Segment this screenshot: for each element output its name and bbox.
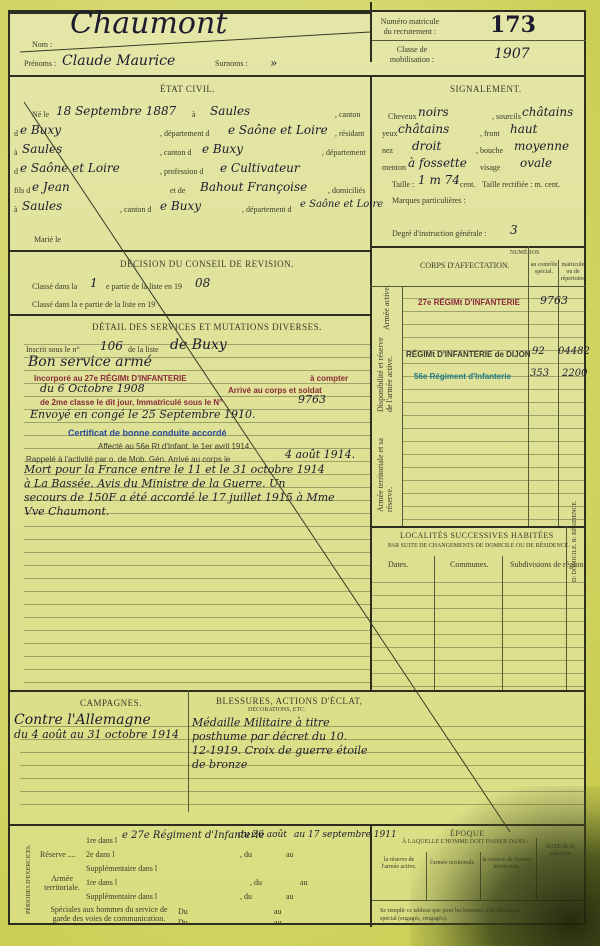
table-divider [536,838,537,900]
au-label: au [286,850,294,859]
d-label: d [14,167,18,176]
visage-value: ovale [520,156,552,170]
birth-canton: e Buxy [20,123,61,137]
services-title: DÉTAIL DES SERVICES ET MUTATIONS DIVERSE… [92,322,322,332]
blessures-title: BLESSURES, ACTIONS D'ÉCLAT, [216,696,362,706]
cheveux-label: Cheveux [388,112,416,121]
matricule-divider [372,40,586,41]
bouche-value: moyenne [514,139,569,153]
du-label: Du [178,907,188,916]
surname-value: Chaumont [70,6,227,41]
residence-canton: e Buxy [202,142,243,156]
matricule-value: 2200 [562,368,587,379]
parents-residence: Saules [22,199,62,213]
corps-header: CORPS D'AFFECTATION. [420,261,510,270]
death-note-3: secours de 150F a été accordé le 17 juil… [24,491,335,504]
death-note-2: à La Bassée. Avis du Ministre de la Guer… [24,477,285,490]
residence-departement: e Saône et Loire [20,161,120,175]
front-label: , front [480,129,500,138]
front-value: haut [510,122,537,136]
cheveux-value: noirs [418,105,449,119]
parents-canton: e Buxy [160,199,201,213]
revision-partie: 1 [90,276,98,290]
section-divider [10,250,370,252]
bon-service-note: Bon service armé [28,354,152,370]
surnoms-value: » [270,56,277,70]
du-label: Du [178,918,188,927]
epoque-col-3: la réserve de l'armée territoriale. [482,857,532,871]
taille-rectifiee-label: Taille rectifiée : m. cent. [482,180,560,189]
matricule-col-header: matricule ou de répertoire. [558,262,588,283]
a-label: à [192,110,196,119]
table-divider [480,852,481,900]
territoriale-1-label: 1re dans l [86,878,117,887]
reserve-label: Réserve .... [40,850,76,859]
sourcils-label: , sourcils [492,112,521,121]
ruled-lines [372,570,586,690]
communes-col-header: Communes. [450,560,488,569]
revision-title: DÉCISION DU CONSEIL DE REVISION. [120,259,294,269]
etat-civil-title: ÉTAT CIVIL. [160,84,215,94]
campagne-line-1: Contre l'Allemagne [14,712,151,728]
reserve-1-du: du 26 août [238,830,287,840]
ne-le-label: Né le [32,110,49,119]
corps-value: 56e Régiment d'Infanterie [414,372,511,381]
dates-col-header: Dates. [388,560,408,569]
au-label: au [274,907,282,916]
yeux-label: yeux [382,129,398,138]
canton-label: , canton d [120,205,151,214]
sourcils-value: châtains [522,105,573,119]
prenoms-label: Prénoms : [24,59,56,68]
visage-label: visage [480,163,500,172]
nez-value: droit [412,139,441,153]
residence: Saules [22,142,62,156]
numeros-header: NUMÉROS [510,250,539,256]
section-divider [370,526,586,528]
nom-label: Nom : [32,40,52,49]
menton-value: à fossette [408,156,467,170]
decoration-line-3: 12-1919. Croix de guerre étoile [192,744,368,757]
yeux-value: châtains [398,122,449,136]
reserve-1-au: au 17 septembre 1911 [294,830,397,840]
liste-value: de Buxy [170,337,227,353]
classe-label: Classe de mobilisation : [382,45,442,65]
death-note-4: Vve Chaumont. [24,505,109,518]
matricule-label: Numéro matricule du recrutement : [380,17,440,37]
taille-unit: cent. [460,180,475,189]
matricule-value: 04482 [558,346,590,357]
canton-label: , canton d [160,148,191,157]
table-divider [426,852,427,900]
classe-stamp: de 2me classe le dit jour, Immatriculé s… [40,398,222,407]
reserve-supp-label: Supplémentaire dans l [86,864,157,873]
birth-date: 18 Septembre 1887 [56,104,176,118]
instruction-label: Degré d'instruction générale : [392,229,487,238]
campagnes-title: CAMPAGNES. [80,698,142,708]
revision-year: 08 [195,276,210,290]
military-register-sheet: Chaumont Nom : Prénoms : Claude Maurice … [8,10,586,925]
taille-value: 1 m 74 [418,173,460,187]
liste-label: de la liste [128,345,159,354]
au-label: au [300,878,308,887]
du-label: , du [240,850,252,859]
fils-de-label: fils d [14,186,30,195]
inscrit-label: Inscrit sous le n° [26,345,80,354]
speciales-label: Spéciales aux hommes du service de garde… [44,905,174,923]
epoque-note: Se remplir ce tableau que pour les homme… [380,907,530,923]
du-label: , du [240,892,252,901]
marques-label: Marques particulières : [392,196,466,205]
incorporation-date: du 6 Octobre 1908 [40,382,145,395]
bouche-label: , bouche [476,146,503,155]
a-compter-stamp: à compter [310,374,348,383]
mother-name: Bahout Françoise [200,180,307,194]
epoque-title: ÉPOQUE [450,829,485,838]
column-divider [370,824,372,927]
section-divider [10,314,370,316]
epoque-col-2: l'armée territoriale. [430,860,476,867]
partie-label: e partie de la liste en 19 [106,282,182,291]
surnoms-label: Surnoms : [215,59,248,68]
epoque-col-1: la réserve de l'armée active. [376,857,422,871]
decoration-line-2: posthume par décret du 10. [192,730,347,743]
territoriale-label: Armée territoriale. [42,874,82,892]
localites-title: LOCALITÉS SUCCESSIVES HABITÉES [400,531,554,540]
departement-label: , département d [242,205,292,214]
campagne-line-2: du 4 août au 31 octobre 1914 [14,728,179,741]
header-divider [370,2,372,62]
departement-label: , département [322,148,366,157]
disponibilite-label: Disponibilité et réserve de l'armée acti… [376,332,394,412]
ruled-lines [402,286,586,526]
classe-dans-label: Classé dans la [32,282,77,291]
periodes-side-label: PÉRIODES D'EXERCICES. [26,844,32,914]
inscrit-number: 106 [100,339,123,353]
prenoms-value: Claude Maurice [62,53,175,69]
et-de-label: et de [170,186,185,195]
localites-subtitle: PAR SUITE DE CHANGEMENTS DE DOMICILE OU … [388,543,570,549]
residant-label: , résidant [335,129,364,138]
signalement-title: SIGNALEMENT. [450,84,522,94]
rappele-date: 4 août 1914. [285,448,355,461]
table-divider [372,900,586,901]
matricule-value: 9763 [540,294,568,307]
departement-label: , département d [160,129,210,138]
du-label: , du [250,878,262,887]
father-name: e Jean [32,180,70,194]
territoriale-supp-label: Supplémentaire dans l [86,892,157,901]
profession: e Cultivateur [220,161,300,175]
parents-departement: e Saône et Loire [300,199,383,210]
domicilies-label: , domiciliés [328,186,365,195]
armee-active-label: Armée active. [382,285,391,330]
epoque-subtitle: À LAQUELLE L'HOMME DOIT PASSER DANS : [402,839,528,845]
territoriale-label: Armée territoriale et sa réserve. [376,432,394,512]
matricule-value: 173 [490,12,536,38]
death-note-1: Mort pour la France entre le 11 et le 31… [24,463,325,476]
immatricule-number: 9763 [298,393,326,406]
epoque-col-4: DATE de la radiation [540,844,580,858]
profession-label: , profession d [160,167,203,176]
corps-value: 27e RÉGIMt D'INFANTERIE [418,298,520,307]
classe-value: 1907 [494,46,530,62]
canton-label: , canton [335,110,360,119]
certificat-stamp: Certificat de bonne conduite accordé [68,428,227,438]
birth-place: Saules [210,104,250,118]
corps-value: RÉGIMt D'INFANTERIE de DIJON [406,350,531,359]
controle-value: 353 [530,368,549,379]
taille-label: Taille : [392,180,414,189]
section-divider [10,690,586,692]
section-divider [10,824,370,826]
a-label: à [14,148,18,157]
section-divider [370,824,586,826]
blessures-subtitle: DÉCORATIONS, ETC. [248,707,306,713]
affecte-stamp: Affecté au 56e Rt d'Infant. le 1er avril… [98,442,251,451]
au-label: au [274,918,282,927]
a-label: à [14,205,18,214]
marie-label: Marié le [34,235,61,244]
menton-label: menton [382,163,406,172]
au-label: au [286,892,294,901]
decoration-line-4: de bronze [192,758,247,771]
reserve-2-label: 2e dans l [86,850,114,859]
section-divider [370,246,586,248]
instruction-value: 3 [510,223,518,237]
section-divider [10,75,586,77]
controle-col-header: au contrôle spécial. [530,262,558,276]
d-label: d [14,129,18,138]
conge-note: Envoyé en congé le 25 Septembre 1910. [30,408,255,421]
revision-line-2: Classé dans la e partie de la liste en 1… [32,300,155,309]
nez-label: nez [382,146,393,155]
decoration-line-1: Médaille Militaire à titre [192,716,330,729]
birth-departement: e Saône et Loire [228,123,328,137]
reserve-1-label: 1re dans l [86,836,117,845]
controle-value: 92 [532,346,545,357]
